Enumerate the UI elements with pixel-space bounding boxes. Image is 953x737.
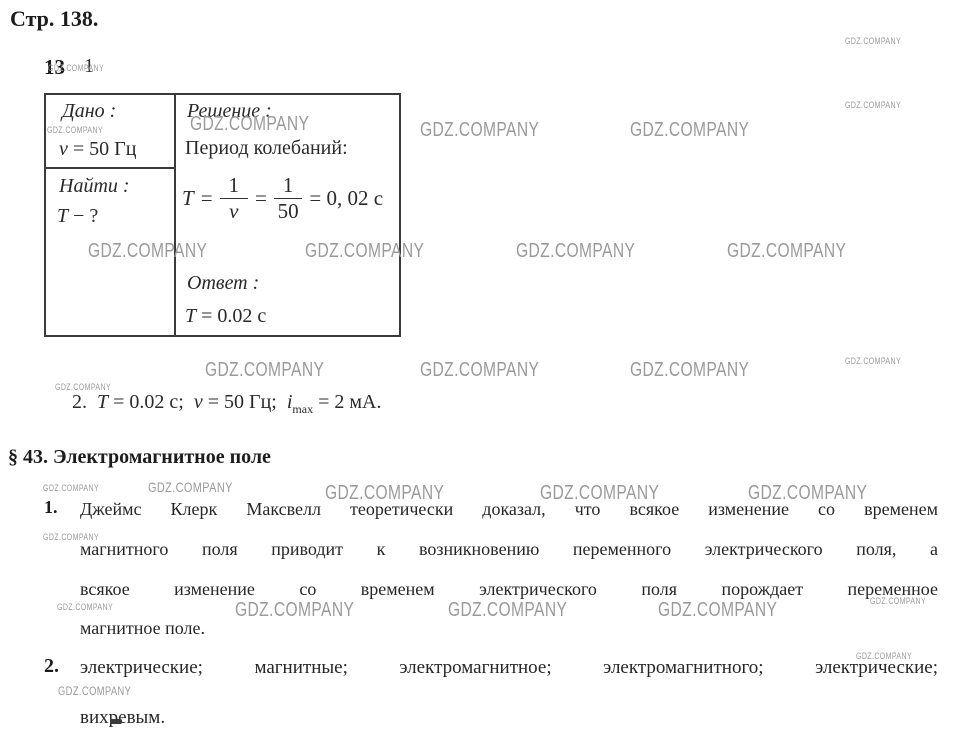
- gdz-watermark: GDZ.COMPANY: [630, 119, 749, 142]
- task2-subscript-max: max: [292, 402, 313, 416]
- table-column-divider: [174, 95, 176, 335]
- gdz-watermark: GDZ.COMPANY: [658, 599, 777, 622]
- gdz-watermark: GDZ.COMPANY: [58, 684, 131, 698]
- gdz-watermark: GDZ.COMPANY: [148, 479, 233, 495]
- given-variable: ν: [59, 138, 68, 160]
- equals-sign: =: [201, 186, 213, 211]
- gdz-watermark: GDZ.COMPANY: [516, 240, 635, 263]
- formula-result: = 0, 02 с: [309, 186, 383, 211]
- task2-part3: imax = 2 мА.: [287, 391, 382, 417]
- gdz-watermark: GDZ.COMPANY: [235, 599, 354, 622]
- task2-var-nu: ν: [194, 391, 203, 413]
- task2-val-nu: = 50 Гц;: [203, 391, 277, 413]
- find-variable: T: [57, 205, 68, 227]
- answer-rest: = 0.02 с: [196, 305, 266, 327]
- gdz-watermark: GDZ.COMPANY: [47, 125, 103, 135]
- gdz-watermark: GDZ.COMPANY: [325, 482, 444, 505]
- answer-variable: T: [185, 305, 196, 327]
- gdz-watermark: GDZ.COMPANY: [57, 602, 113, 612]
- given-value: ν = 50 Гц: [59, 138, 136, 161]
- fraction-denominator: 50: [278, 199, 299, 222]
- answer2-line-2: вихревым.: [80, 706, 938, 730]
- solution-intro: Период колебаний:: [185, 137, 348, 160]
- answer1-line-3: всякое изменение со временем электрическ…: [80, 577, 938, 601]
- gdz-watermark: GDZ.COMPANY: [43, 483, 99, 493]
- fraction-one-over-nu: 1 ν: [220, 174, 249, 221]
- task2-val-i: = 2 мА.: [313, 391, 381, 413]
- gdz-watermark: GDZ.COMPANY: [540, 482, 659, 505]
- fraction-one-over-fifty: 1 50: [274, 174, 303, 221]
- period-formula: T = 1 ν = 1 50 = 0, 02 с: [182, 167, 383, 229]
- answer1-line-2: магнитного поля приводит к возникновению…: [80, 537, 938, 561]
- gdz-watermark: GDZ.COMPANY: [727, 240, 846, 263]
- gdz-watermark: GDZ.COMPANY: [420, 359, 539, 382]
- formula-lhs: T: [182, 186, 194, 211]
- fraction-denominator: ν: [229, 199, 238, 222]
- gdz-watermark: GDZ.COMPANY: [305, 240, 424, 263]
- answer2-number: 2.: [44, 655, 59, 678]
- gdz-watermark: GDZ.COMPANY: [420, 119, 539, 142]
- gdz-watermark: GDZ.COMPANY: [748, 482, 867, 505]
- fraction-numerator: 1: [220, 174, 249, 198]
- task2-val-T: = 0.02 с;: [108, 391, 184, 413]
- task2-number: 2.: [72, 391, 87, 414]
- given-label: Дано :: [62, 100, 116, 123]
- answer-label: Ответ :: [187, 272, 259, 295]
- task2-part1: T = 0.02 с;: [97, 391, 184, 414]
- answer2-line-1: электрические; магнитные; электромагнитн…: [80, 656, 938, 680]
- answer-value: T = 0.02 с: [185, 305, 266, 328]
- page-title: Стр. 138.: [10, 6, 98, 32]
- find-rest: − ?: [68, 205, 98, 227]
- gdz-watermark: GDZ.COMPANY: [845, 36, 901, 46]
- equals-sign: =: [255, 186, 267, 211]
- task2-var-T: T: [97, 391, 108, 413]
- gdz-watermark: GDZ.COMPANY: [48, 63, 104, 73]
- gdz-watermark: GDZ.COMPANY: [43, 532, 99, 542]
- section-heading: § 43. Электромагнитное поле: [8, 446, 271, 469]
- gdz-watermark: GDZ.COMPANY: [88, 240, 207, 263]
- answer1-number: 1.: [44, 497, 58, 518]
- gdz-watermark: GDZ.COMPANY: [845, 356, 901, 366]
- gdz-watermark: GDZ.COMPANY: [630, 359, 749, 382]
- given-rest: = 50 Гц: [68, 138, 137, 160]
- fraction-numerator: 1: [274, 174, 303, 198]
- table-row-divider: [46, 167, 174, 169]
- task2-part2: ν = 50 Гц;: [194, 391, 277, 414]
- gdz-watermark: GDZ.COMPANY: [870, 596, 926, 606]
- gdz-watermark: GDZ.COMPANY: [845, 100, 901, 110]
- gdz-watermark: GDZ.COMPANY: [856, 651, 912, 661]
- find-value: T − ?: [57, 205, 98, 228]
- task2-answer-line: 2. T = 0.02 с; ν = 50 Гц; imax = 2 мА.: [72, 391, 381, 417]
- scan-artifact: [110, 719, 122, 724]
- gdz-watermark: GDZ.COMPANY: [190, 113, 309, 136]
- gdz-watermark: GDZ.COMPANY: [205, 359, 324, 382]
- find-label: Найти :: [59, 175, 130, 198]
- gdz-watermark: GDZ.COMPANY: [448, 599, 567, 622]
- gdz-watermark: GDZ.COMPANY: [55, 382, 111, 392]
